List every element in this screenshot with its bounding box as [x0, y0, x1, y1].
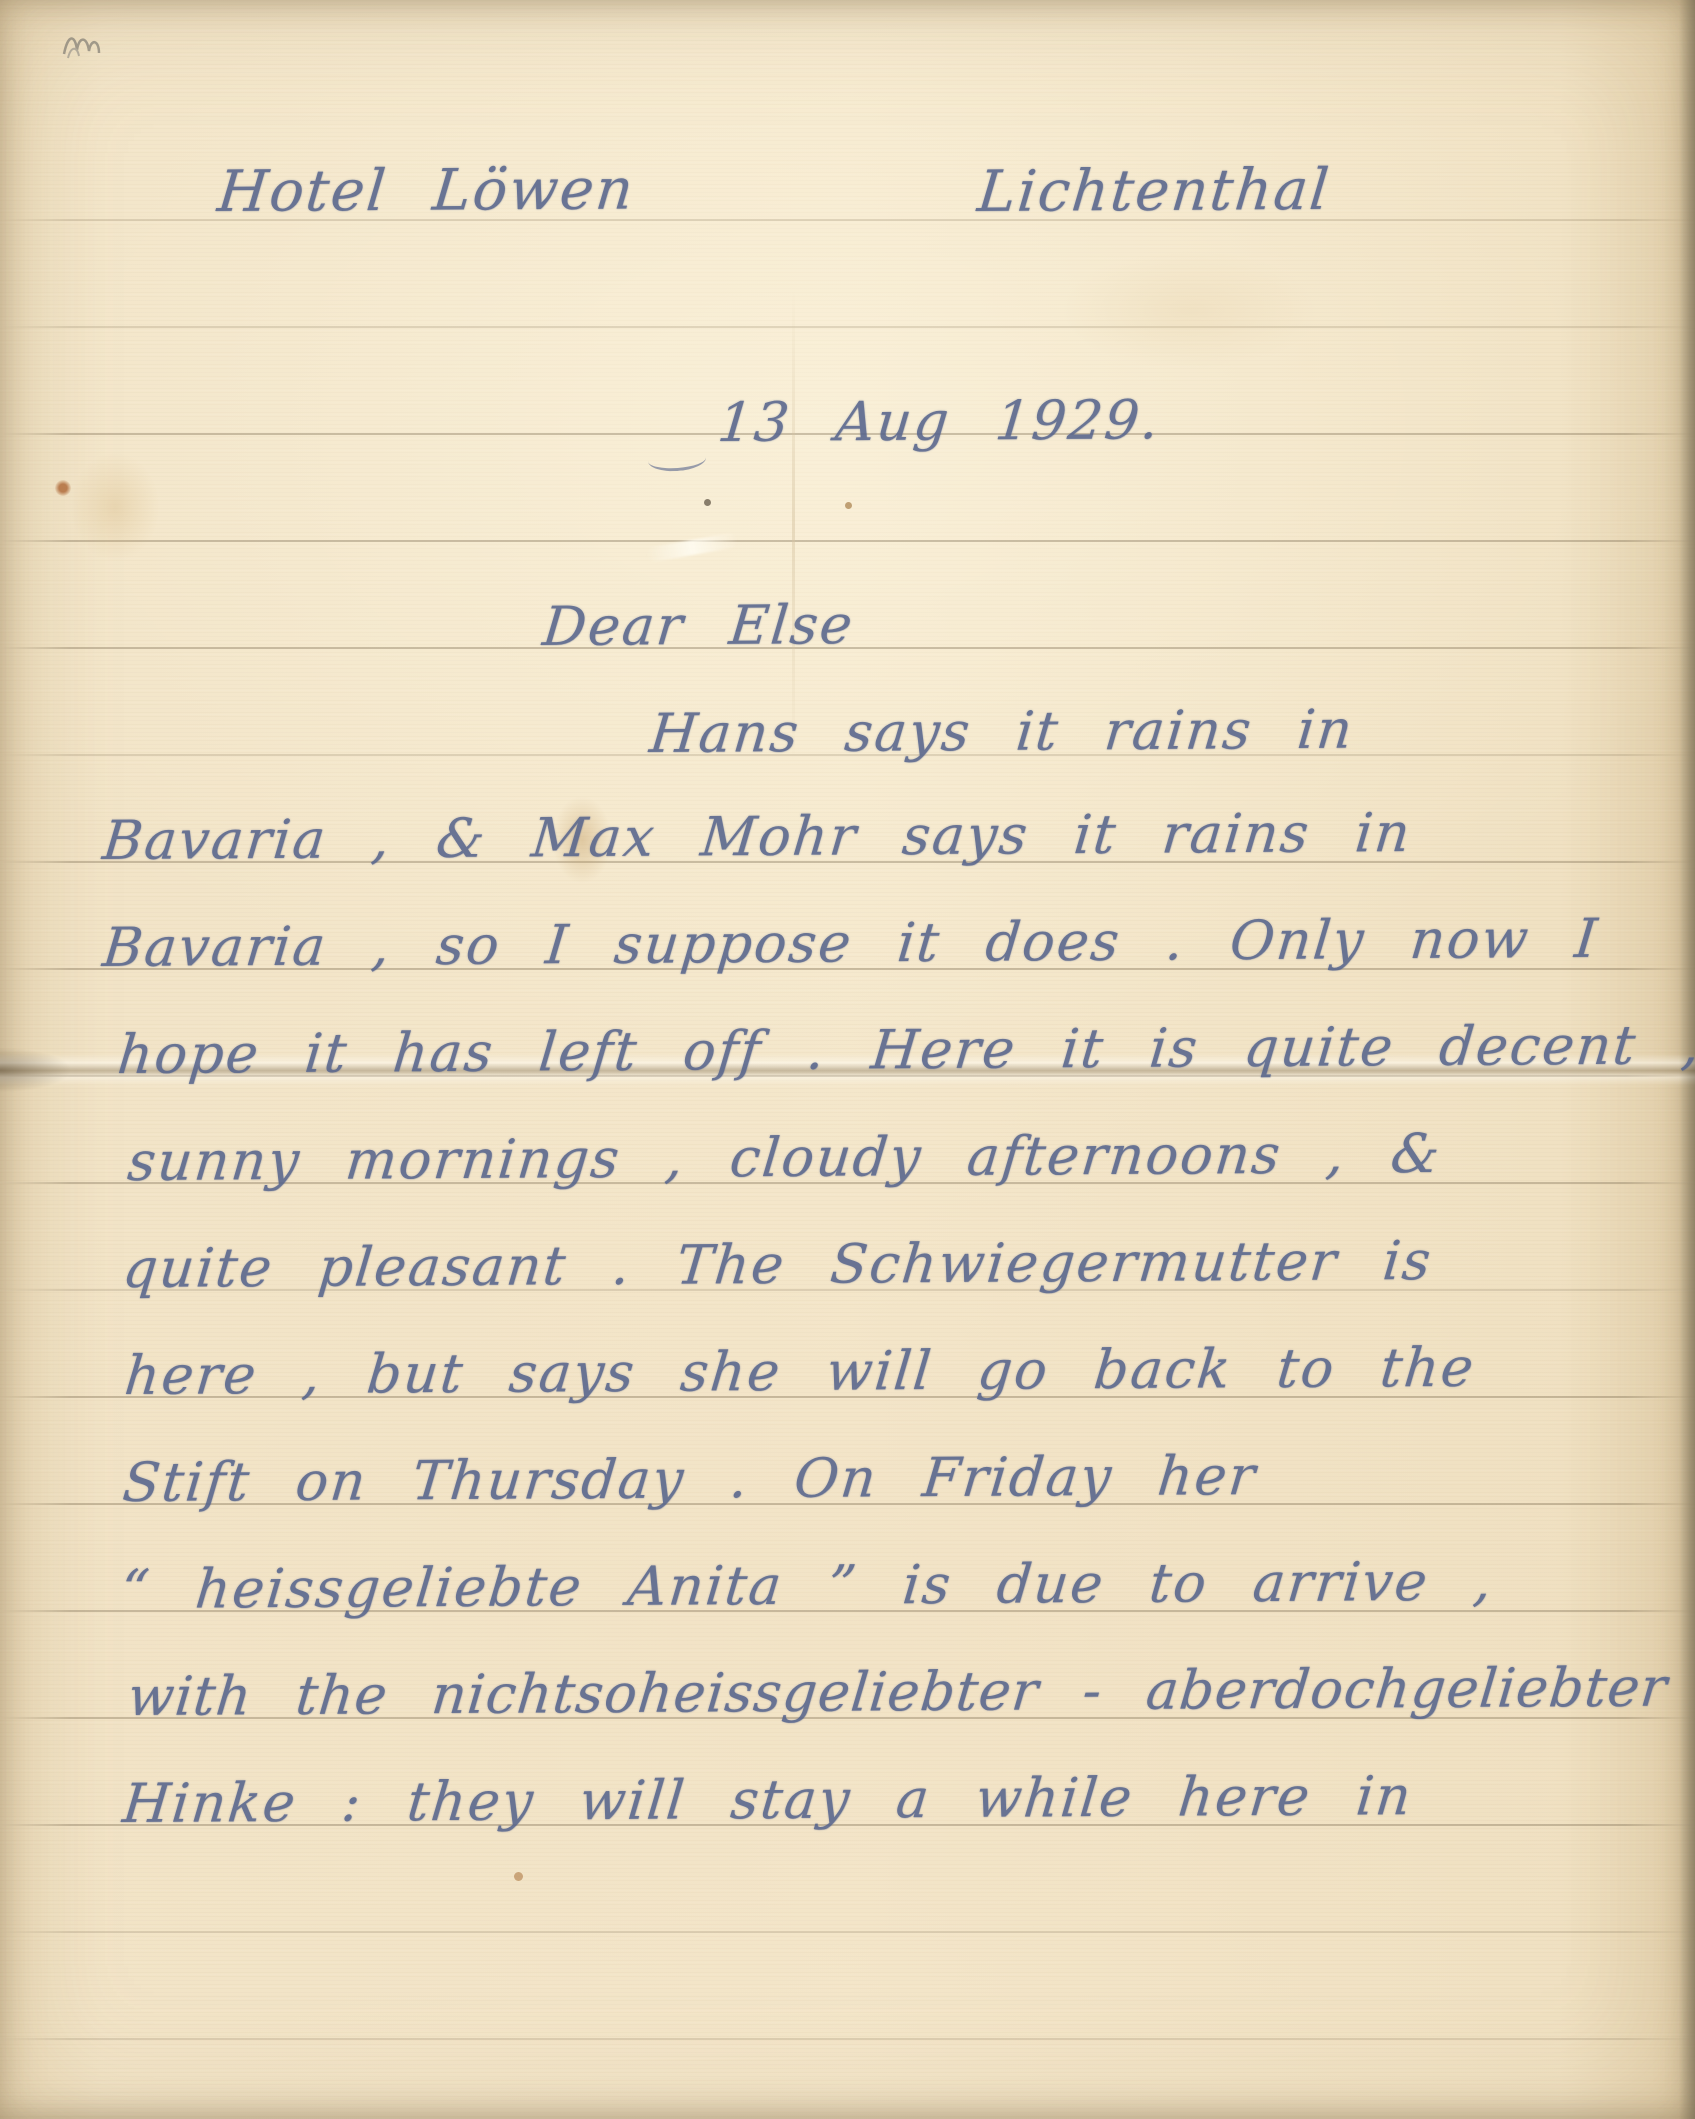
letter-line: “ heissgeliebte Anita ” is due to arrive… [118, 1552, 1496, 1620]
salutation: Dear Else [540, 595, 857, 657]
letter-date: 13 Aug 1929. [715, 390, 1163, 453]
paper-stain [70, 452, 160, 562]
paper-stain [514, 1872, 523, 1881]
paper-stain [55, 480, 71, 496]
letter-line: Hans says it rains in [647, 700, 1357, 764]
paper-stain [1060, 250, 1320, 370]
letter-line: here , but says she will go back to the [122, 1338, 1478, 1406]
fold-crease-edge [0, 1048, 70, 1092]
hotel-name: Hotel Löwen [215, 159, 638, 222]
pencil-mark [58, 24, 130, 66]
letter-line: Bavaria , so I suppose it does . Only no… [100, 909, 1601, 978]
ruled-line [0, 2038, 1695, 2040]
pen-stroke [647, 446, 706, 473]
letter-line: sunny mornings , cloudy afternoons , & [125, 1124, 1444, 1192]
paper-stain [704, 499, 711, 506]
paper-stain [845, 502, 852, 509]
letter-page: Hotel Löwen Lichtenthal 13 Aug 1929. Dea… [0, 0, 1695, 2119]
letter-line: Stift on Thursday . On Friday her [120, 1446, 1260, 1513]
letter-line: hope it has left off . Here it is quite … [115, 1015, 1695, 1085]
place-name: Lichtenthal [975, 160, 1333, 222]
ruled-line [0, 540, 1695, 542]
ruled-line [0, 326, 1695, 328]
letter-line: Hinke : they will stay a while here in [120, 1766, 1415, 1834]
letter-line: with the nichtsoheissgeliebter - aberdoc… [125, 1658, 1670, 1727]
ruled-line [0, 1931, 1695, 1933]
letter-line: Bavaria , & Max Mohr says it rains in [100, 803, 1414, 871]
letter-line: quite pleasant . The Schwiegermutter is [120, 1231, 1435, 1299]
vertical-crease [792, 290, 795, 760]
paper-scratch [645, 532, 738, 563]
